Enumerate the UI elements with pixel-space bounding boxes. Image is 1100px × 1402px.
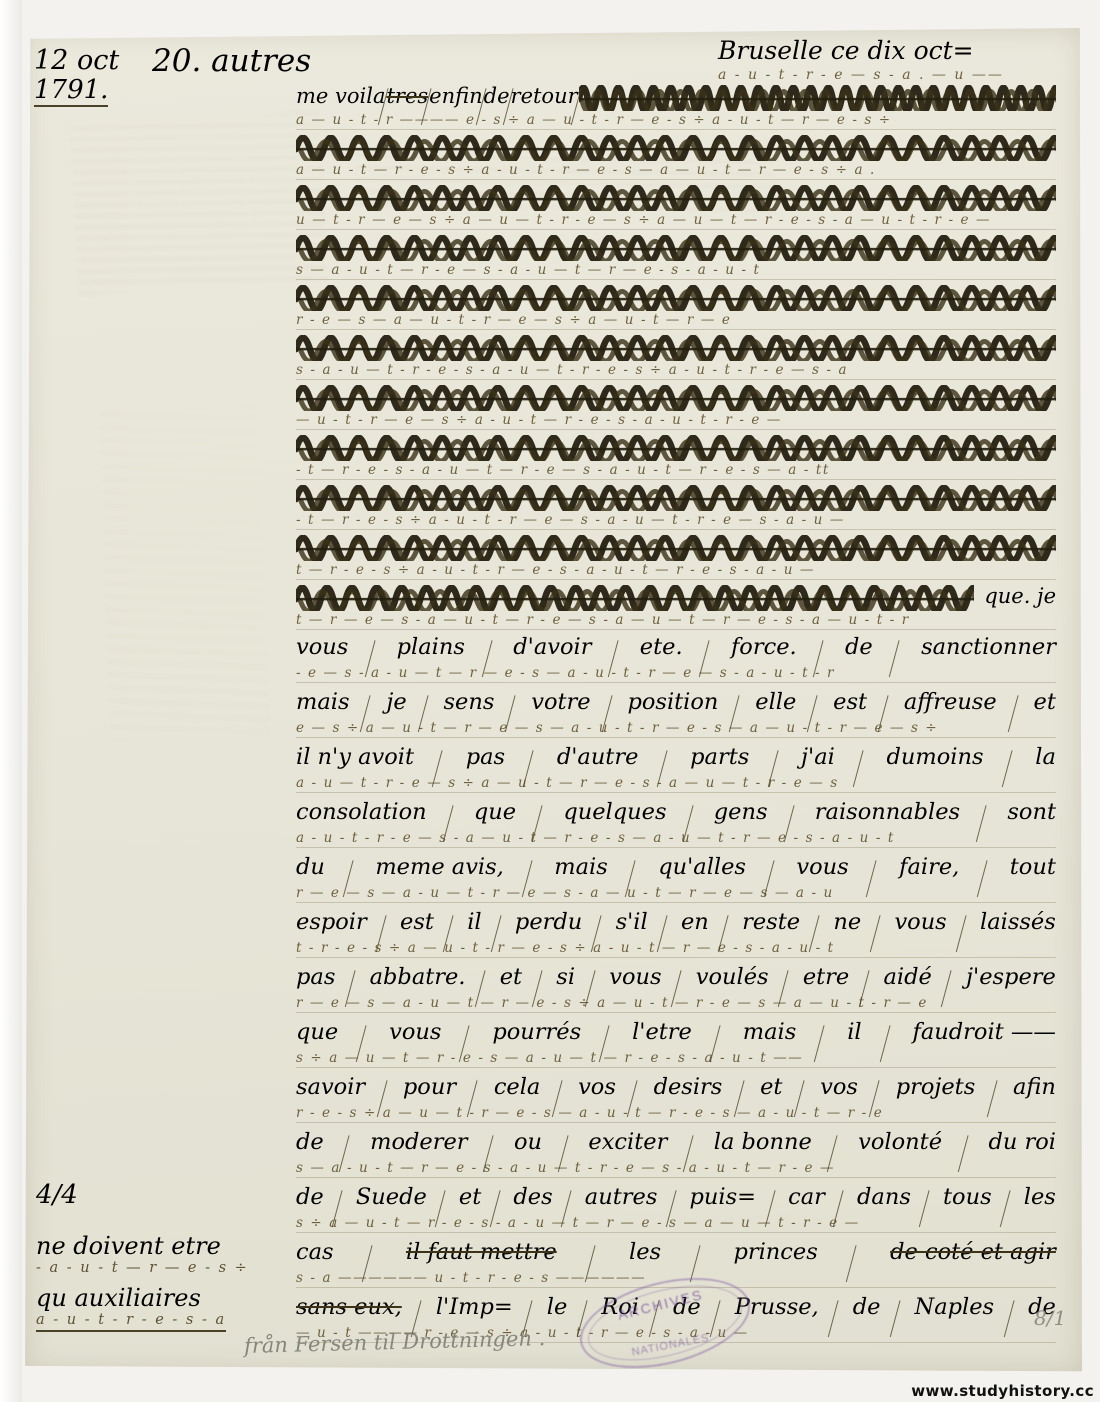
word: cela [494,1074,541,1100]
redacted-text-line [296,134,1056,162]
letter-line: — u - t - r — e — s ÷ a - u - t — r - e … [296,384,1056,434]
word: d'avoir [513,634,591,660]
word: Naples [915,1294,995,1320]
cipher-key-row: a — u - t - r ———— e - s ÷ a — u - t - r… [296,112,1056,130]
letter-line: maisjesensvotrepositionelleestaffreuseet… [296,689,1056,744]
cipher-key-row: - t — r - e - s - a - u — t — r - e — s … [296,462,1056,480]
margin-insert-mark: 4/4 [36,1180,286,1210]
word: Suede [356,1184,427,1210]
struck-word: il faut mettre [406,1239,557,1265]
word: de [853,1294,881,1320]
handwritten-text-line: demodererouexciterla bonnevolontédu roi [296,1129,1056,1160]
redacted-text-line [296,484,1056,512]
word: afin [1013,1074,1056,1100]
word: pas [466,744,505,770]
ink-scribble-redaction [296,385,1056,411]
word: du roi [988,1129,1056,1155]
letter-line: que. jet — r — e — s - a — u - t — r - e… [296,584,1056,634]
word: savoir [296,1074,365,1100]
word: car [788,1184,825,1210]
letter-line: savoirpourcelavosdesirsetvosprojetsafinr… [296,1074,1056,1129]
letter-line: dumeme avis,maisqu'allesvousfaire,toutr … [296,854,1056,909]
cipher-key-row: u — t - r — e — s ÷ a — u — t - r - e — … [296,212,1056,230]
word: j'ai [801,744,835,770]
letter-line: pasabbatre.etsivousvoulésetreaidéj'esper… [296,964,1056,1019]
word: il [467,909,481,935]
word: pas [296,964,335,990]
word: du [296,854,325,880]
handwritten-text-line: casil faut mettrelesprincesde coté et ag… [296,1239,1056,1270]
word: faudroit —— [913,1019,1056,1045]
word: ne [833,909,861,935]
handwritten-text-line: quevouspourrésl'etremaisilfaudroit —— [296,1019,1056,1050]
handwritten-text-line: vousplainsd'avoirete.force.desanctionner [296,634,1056,665]
handwritten-text-line: consolationquequelquesgensraisonnablesso… [296,799,1056,830]
letter-line: s — a - u - t — r - e — s - a - u — t — … [296,234,1056,284]
letter-heading: Bruselle ce dix oct= a - u - t - r - e —… [718,36,1058,83]
word: de [296,1129,324,1155]
word: me voila [296,84,385,108]
word: projets [896,1074,976,1100]
manuscript-scan: 12 oct 1791. 20. autres Bruselle ce dix … [0,0,1100,1402]
word: que [474,799,516,825]
handwritten-text-line: espoirestilperdus'ilenrestenevouslaissés [296,909,1056,940]
letter-line: consolationquequelquesgensraisonnablesso… [296,799,1056,854]
handwritten-text-line: pasabbatre.etsivousvoulésetreaidéj'esper… [296,964,1056,995]
word: des [513,1184,552,1210]
letter-line: demodererouexciterla bonnevolontédu rois… [296,1129,1056,1184]
redacted-text-line [296,434,1056,462]
word: vous [796,854,848,880]
word: qu'alles [658,854,746,880]
letter-line: u — t - r — e — s ÷ a — u — t - r - e — … [296,184,1056,234]
word: faire, [899,854,959,880]
cipher-key-row: s — a - u - t — r — e - s - a - u — t - … [296,1160,1056,1178]
word: parts [690,744,749,770]
ink-scribble-redaction [296,585,974,611]
word: enfin [429,84,482,108]
cipher-key-row: r - e - s ÷ a — u — t - r — e - s — a - … [296,1105,1056,1123]
letter-line: s - a - u — t - r - e - s - a - u — t - … [296,334,1056,384]
word: pour [403,1074,456,1100]
word: vous [296,634,348,660]
word: vous [389,1019,441,1045]
word: que. je [984,584,1056,608]
margin-line-text: qu auxiliaires [36,1284,286,1312]
word: espoir [296,909,367,935]
word: vos [578,1074,616,1100]
word: abbatre. [370,964,466,990]
redacted-text-line [296,234,1056,262]
word: cas [296,1239,334,1265]
handwritten-text-line: il n'y avoitpasd'autrepartsj'aidumoinsla [296,744,1056,775]
word: autres [585,1184,658,1210]
cipher-key-row: s — a - u - t — r - e — s - a - u — t — … [296,262,1056,280]
redacted-text-line [296,334,1056,362]
redacted-text-line [296,284,1056,312]
ink-scribble-redaction [296,485,1056,511]
heading-place-date: Bruselle ce dix oct= [718,36,1058,65]
word: puis= [690,1184,757,1210]
letter-line: deSuedeetdesautrespuis=cardanstousless ÷… [296,1184,1056,1239]
letter-line: il n'y avoitpasd'autrepartsj'aidumoinsla… [296,744,1056,799]
cipher-key-row: s ÷ a — u - t — r - e - s - a - u — t — … [296,1215,1056,1233]
word: et [459,1184,481,1210]
word: est [400,909,434,935]
word: et [760,1074,782,1100]
cipher-key-row: t - r - e - s ÷ a — u - t - r — e - s ÷ … [296,940,1056,958]
redacted-text-line: que. je [296,584,1056,612]
ink-scribble-redaction [296,135,1056,161]
margin-line-text: ne doivent etre [36,1232,286,1260]
word: sens [443,689,494,715]
heading-cipher-row: a - u - t - r - e — s - a . — u —— [718,67,1058,83]
margin-addition-block: 4/4 ne doivent etre - a - u - t — r — e … [36,1180,286,1340]
letter-line: espoirestilperdus'ilenrestenevouslaissés… [296,909,1056,964]
word: ou [514,1129,542,1155]
cipher-key-row: - e — s - a - u — t — r — e - s — a - u … [296,665,1056,683]
word: position [627,689,718,715]
word: tout [1010,854,1056,880]
cipher-key-row: t — r — e — s - a — u - t — r - e — s - … [296,612,1056,630]
word: j'espere [966,964,1056,990]
word: exciter [588,1129,667,1155]
ink-scribble-redaction [296,235,1056,261]
word: volonté [858,1129,942,1155]
word: elle [755,689,796,715]
word: consolation [296,799,427,825]
redacted-text-line [296,184,1056,212]
folio-number: 8/1 [1034,1306,1066,1330]
redacted-text-line [296,384,1056,412]
word: la bonne [714,1129,812,1155]
struck-word: sans eux, [296,1294,402,1320]
word: force. [731,634,797,660]
word: que [296,1019,338,1045]
word: je [386,689,406,715]
cipher-key-row: s - a - u — t - r - e - s - a - u — t - … [296,362,1056,380]
cipher-key-row: s ÷ a — u — t — r - e - s — a - u — t — … [296,1050,1056,1068]
cipher-key-row: — u - t - r — e — s ÷ a - u - t — r - e … [296,412,1056,430]
word: de [296,1184,324,1210]
handwritten-text-line: dumeme avis,maisqu'allesvousfaire,tout [296,854,1056,885]
word: vous [894,909,946,935]
word: dans [857,1184,911,1210]
show-through-ghost [70,112,329,295]
word: les [629,1239,661,1265]
struck-word: de coté et agir [890,1239,1056,1265]
letter-line: me voilatresenfinderetoura — u - t - r —… [296,84,1056,134]
word: en [681,909,709,935]
handwritten-text-line: savoirpourcelavosdesirsetvosprojetsafin [296,1074,1056,1105]
word: d'autre [557,744,639,770]
word: raisonnables [815,799,960,825]
word: s'il [616,909,648,935]
word: la [1035,744,1056,770]
ink-scribble-redaction [296,185,1056,211]
word: et [1034,689,1056,715]
word: desirs [654,1074,723,1100]
letter-line: a — u - t — r - e - s ÷ a - u - t - r — … [296,134,1056,184]
word: votre [531,689,590,715]
show-through-ghost [98,405,269,740]
word: etre [803,964,849,990]
cipher-key-row: r — e — s — a - u — t - r — e — s - a — … [296,885,1056,903]
cipher-key-row: r - e — s — a — u - t - r — e — s ÷ a — … [296,312,1056,330]
word: l'Imp= [436,1294,513,1320]
word: le [547,1294,568,1320]
cipher-key-row: a — u - t — r - e - s ÷ a - u - t - r — … [296,162,1056,180]
site-watermark: www.studyhistory.cc [911,1382,1094,1400]
word: vous [609,964,661,990]
redacted-text-line [296,534,1056,562]
letter-line: - t — r - e - s - a - u — t — r - e — s … [296,434,1056,484]
word: les [1024,1184,1056,1210]
word: quelques [563,799,666,825]
word: laissés [980,909,1056,935]
cipher-key-row: t — r - e - s ÷ a - u - t - r — e - s - … [296,562,1056,580]
corner-date-line2: 1791. [34,76,108,108]
word: mais [296,689,350,715]
handwritten-text-line: maisjesensvotrepositionelleestaffreuseet [296,689,1056,720]
word: est [833,689,867,715]
handwritten-text-line: deSuedeetdesautrespuis=cardanstousles [296,1184,1056,1215]
word: mais [554,854,608,880]
word: tous [943,1184,992,1210]
word: et [500,964,522,990]
word: vos [820,1074,858,1100]
word: gens [714,799,768,825]
word: de [484,84,510,108]
word: dumoins [887,744,984,770]
word: voulés [696,964,769,990]
word: sont [1007,799,1056,825]
letter-line: vousplainsd'avoirete.force.desanctionner… [296,634,1056,689]
margin-line-cipher: - a - u - t — r — e - s ÷ [36,1260,286,1276]
ink-scribble-redaction [296,435,1056,461]
corner-date-line1: 12 oct [34,46,119,76]
word: reste [742,909,800,935]
letter-line: quevouspourrésl'etremaisilfaudroit ——s ÷… [296,1019,1056,1074]
corner-count-note: 20. autres [152,44,311,78]
word: de [845,634,873,660]
word: aidé [883,964,931,990]
word: perdu [515,909,582,935]
ink-scribble-redaction [296,285,1056,311]
ink-scribble-redaction [296,535,1056,561]
cipher-key-row: - t — r - e - s ÷ a - u - t - r — e — s … [296,512,1056,530]
ink-scribble-redaction [296,335,1056,361]
word: sanctionner [921,634,1056,660]
word: mais [743,1019,797,1045]
margin-line-cipher: a - u - t - r - e - s - a [36,1312,226,1332]
cipher-key-row: e — s ÷ a — u - t — r — e — s — a - u - … [296,720,1056,738]
word: il n'y avoit [296,744,414,770]
word: moderer [370,1129,467,1155]
word: princes [733,1239,817,1265]
letter-body: me voilatresenfinderetoura — u - t - r —… [296,84,1056,1349]
corner-date-note: 12 oct 1791. 20. autres [34,46,119,107]
word: ete. [640,634,683,660]
letter-line: - t — r - e - s ÷ a - u - t - r — e — s … [296,484,1056,534]
word: pourrés [492,1019,581,1045]
backdrop-crease [0,0,22,1402]
word: retour [511,84,578,108]
word: meme avis, [375,854,503,880]
handwritten-text-line: me voilatresenfinderetour [296,84,1056,112]
struck-word: tres [386,84,428,108]
word: affreuse [904,689,997,715]
cipher-key-row: a - u — t - r - e — s ÷ a — u - t — r — … [296,775,1056,793]
letter-line: t — r - e - s ÷ a - u - t - r — e - s - … [296,534,1056,584]
word: si [556,964,575,990]
cipher-key-row: a - u - t - r - e — s - a — u - t — r - … [296,830,1056,848]
letter-line: r - e — s — a — u - t - r — e — s ÷ a — … [296,284,1056,334]
word: il [847,1019,861,1045]
word: l'etre [632,1019,692,1045]
word: plains [397,634,465,660]
ink-scribble-redaction [579,85,1056,111]
